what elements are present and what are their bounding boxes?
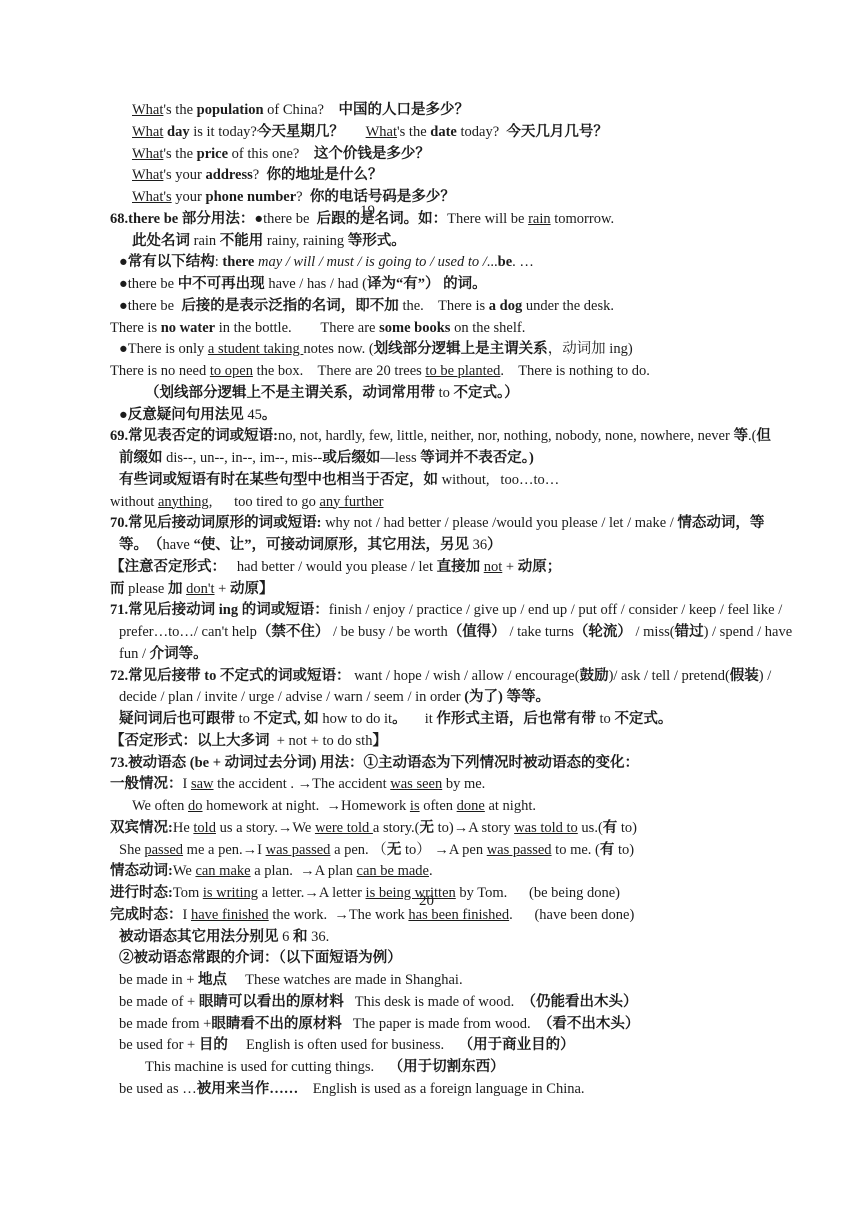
text-line: What day is it today?今天星期几？ What's the d…: [100, 122, 800, 144]
text-segment: had better / would you please / let: [237, 559, 437, 575]
text-segment: 72.常见后接带 to 不定式的词或短语：: [110, 668, 350, 684]
document-body: What's the population of China? 中国的人口是多少…: [100, 100, 800, 1101]
text-segment: 后跟的是名词。如：: [317, 211, 448, 227]
text-line: （划线部分逻辑上不是主谓关系，动词常用带 to 不定式。）: [100, 383, 800, 405]
text-segment: , too tired to go: [209, 494, 320, 510]
text-segment: There is: [110, 320, 161, 336]
text-segment: 's the: [163, 102, 196, 118]
text-segment: 有: [603, 820, 618, 836]
text-segment: 完成时态：: [110, 907, 183, 923]
text-segment: 等词并不表否定。): [420, 450, 534, 466]
text-segment: ●: [119, 254, 128, 270]
text-segment: [344, 124, 366, 140]
text-segment: me a pen.→I: [183, 842, 266, 858]
text-segment: 情态动词:: [110, 863, 173, 879]
text-segment: 此处名词: [132, 233, 194, 249]
text-segment: 。: [392, 711, 425, 727]
text-segment: be made from +: [119, 1016, 211, 1032]
text-segment: to)→A story: [434, 820, 514, 836]
text-segment: 今天几月几号？: [506, 124, 608, 140]
text-segment: no, not, hardly, few, little, neither, n…: [278, 428, 733, 444]
text-segment: / take turns: [509, 624, 573, 640]
text-segment: She: [119, 842, 144, 858]
text-segment: prefer…to…/ can't help: [119, 624, 257, 640]
text-segment: rain: [528, 211, 551, 227]
text-segment: What: [132, 167, 163, 183]
text-segment: may / will / must / is going to / used t…: [258, 254, 487, 270]
text-segment: a pen. （: [330, 842, 386, 858]
text-line: 进行时态:Tom is writing a letter.→A letter i…: [100, 883, 800, 905]
text-segment: / be busy / be worth: [333, 624, 448, 640]
text-segment: （用于商业目的）: [459, 1037, 575, 1053]
text-line: 疑问词后也可跟带 to 不定式, 如 how to do it。 it 作形式主…: [100, 709, 800, 731]
document-page: What's the population of China? 中国的人口是多少…: [0, 0, 860, 1216]
text-segment: decide / plan / invite / urge / advise /…: [119, 689, 464, 705]
text-segment: finish / enjoy / practice / give up / en…: [329, 602, 783, 618]
text-segment: 73.被动语态 (be + 动词过去分词) 用法：①主动语态为下列情况时被动语态…: [110, 755, 639, 771]
text-segment: 情态动词，等: [677, 515, 764, 531]
text-segment: be used for +: [119, 1037, 199, 1053]
text-segment: phone number: [206, 189, 297, 205]
text-segment: is it today?: [190, 124, 257, 140]
text-segment: some books: [379, 320, 450, 336]
text-segment: +: [215, 581, 230, 597]
text-segment: These watches are made in Shanghai.: [227, 972, 463, 988]
text-segment: 动原；: [518, 559, 562, 575]
text-segment: ...: [487, 254, 498, 270]
text-segment: 反意疑问句用法见: [128, 407, 248, 423]
text-segment: do: [188, 798, 203, 814]
text-segment: why not / had better / please /would you…: [321, 515, 677, 531]
text-segment: is writing: [203, 885, 258, 901]
text-line: 完成时态：I have finished the work. →The work…: [100, 905, 800, 927]
text-segment: to） →A pen: [401, 842, 486, 858]
text-segment: 和: [293, 929, 308, 945]
text-segment: 's the: [397, 124, 430, 140]
text-segment: （仍能看出木头）: [521, 994, 637, 1010]
text-segment: without: [110, 494, 158, 510]
text-segment: day: [167, 124, 190, 140]
text-segment: was passed: [266, 842, 331, 858]
text-segment: 有些词或短语有时在某些句型中也相当于否定，如: [119, 472, 442, 488]
text-line: 而 please 加 don't + 动原】: [100, 579, 800, 601]
text-line: ●there be 中不可再出现 have / has / had (译为“有”…: [100, 274, 800, 296]
text-segment: the.: [402, 298, 423, 314]
text-line: 【注意否定形式： had better / would you please /…: [100, 557, 800, 579]
text-segment: 不定式, 如: [254, 711, 323, 727]
text-line: What's the population of China? 中国的人口是多少…: [100, 100, 800, 122]
text-segment: ) /: [759, 668, 771, 684]
text-segment: 眼睛看不出的原材料: [211, 1016, 342, 1032]
text-segment: ) / spend / have: [704, 624, 793, 640]
text-segment: )/ ask / tell / pretend(: [609, 668, 730, 684]
text-segment: of China?: [264, 102, 339, 118]
text-segment: to open: [210, 363, 253, 379]
text-segment: . (have been done): [509, 907, 634, 923]
text-segment: be used as …: [119, 1081, 197, 1097]
text-segment: to: [439, 385, 454, 401]
text-segment: without, too…to…: [442, 472, 560, 488]
text-segment: 加: [168, 581, 186, 597]
text-segment: .: [429, 863, 433, 879]
text-line: 等。 （have “使、让”，可接动词原形，其它用法，另见 36）: [100, 535, 800, 557]
text-segment: 被用来当作……: [197, 1081, 299, 1097]
text-segment: 【注意否定形式：: [110, 559, 237, 575]
text-segment: 36.: [308, 929, 330, 945]
text-segment: English is used as a foreign language in…: [298, 1081, 584, 1097]
text-segment: （轮流）: [574, 624, 636, 640]
text-segment: fun /: [119, 646, 150, 662]
text-line: We often do homework at night. →Homework…: [100, 796, 800, 818]
text-line: 71.常见后接动词 ing 的词或短语：finish / enjoy / pra…: [100, 600, 800, 622]
text-segment: 不定式。）: [454, 385, 519, 401]
text-segment: 。: [262, 407, 277, 423]
page-number-overlay-20: 20: [419, 893, 434, 910]
text-segment: （看不出木头）: [538, 1016, 640, 1032]
text-segment: notes now. (: [303, 341, 373, 357]
text-line: What's your phone number? 你的电话号码是多少？: [100, 187, 800, 209]
text-segment: This machine is used for cutting things.: [145, 1059, 389, 1075]
text-segment: us.(: [578, 820, 603, 836]
text-segment: is being written: [366, 885, 456, 901]
text-line: ●There is only a student taking notes no…: [100, 339, 800, 361]
text-segment: 或后缀如: [322, 450, 380, 466]
text-line: 一般情况：I saw the accident . →The accident …: [100, 774, 800, 796]
text-segment: 动词加 ing): [562, 341, 632, 357]
text-segment: 错过: [675, 624, 704, 640]
text-segment: 鼓励: [580, 668, 609, 684]
text-segment: rain: [194, 233, 220, 249]
text-line: There is no water in the bottle. There a…: [100, 318, 800, 340]
text-segment: any further: [319, 494, 383, 510]
text-segment: the box. There are 20 trees: [253, 363, 425, 379]
text-segment: 45: [247, 407, 262, 423]
text-line: 68.there be 部分用法：●there be 后跟的是名词。如：Ther…: [100, 209, 800, 231]
text-segment: （值得）: [448, 624, 510, 640]
text-line: 70.常见后接动词原形的词或短语: why not / had better /…: [100, 513, 800, 535]
text-segment: how to do it: [322, 711, 392, 727]
text-segment: population: [197, 102, 264, 118]
text-segment: please: [128, 581, 168, 597]
text-segment: 介词等。: [150, 646, 208, 662]
text-segment: ）: [487, 537, 502, 553]
text-segment: ●There is only: [119, 341, 208, 357]
text-segment: there: [222, 254, 258, 270]
page-number-overlay-19: 19: [360, 203, 375, 220]
text-segment: tomorrow.: [551, 211, 615, 227]
text-segment: were told: [315, 820, 373, 836]
text-line: 此处名词 rain 不能用 rainy, raining 等形式。: [100, 231, 800, 253]
text-segment: 常有以下结构: [128, 254, 215, 270]
text-segment: 疑问词后也可跟带: [119, 711, 239, 727]
text-segment: the work. →The work: [269, 907, 409, 923]
text-segment: a dog: [489, 298, 522, 314]
text-segment: ●: [119, 407, 128, 423]
text-segment: 假装: [730, 668, 759, 684]
text-line: be used for + 目的 English is often used f…: [100, 1035, 800, 1057]
text-segment: price: [197, 146, 228, 162]
text-segment: to: [239, 711, 254, 727]
text-segment: This desk is made of wood.: [344, 994, 522, 1010]
text-segment: to): [614, 842, 634, 858]
text-segment: want / hope / wish / allow / encourage(: [350, 668, 579, 684]
text-segment: homework at night. →Homework: [203, 798, 410, 814]
text-segment: . There is nothing to do.: [500, 363, 650, 379]
text-segment: on the shelf.: [450, 320, 525, 336]
text-segment: today?: [457, 124, 507, 140]
text-segment: 无: [420, 820, 435, 836]
text-segment: have / has / had (: [268, 276, 367, 292]
text-line: 72.常见后接带 to 不定式的词或短语： want / hope / wish…: [100, 666, 800, 688]
text-segment: 不能用: [220, 233, 267, 249]
text-segment: 】: [372, 733, 387, 749]
text-segment: We often: [132, 798, 188, 814]
text-segment: is: [410, 798, 420, 814]
text-segment: We: [173, 863, 196, 879]
text-line: There is no need to open the box. There …: [100, 361, 800, 383]
text-segment: ●there be: [254, 211, 316, 227]
text-segment: 眼睛可以看出的原材料: [199, 994, 344, 1010]
text-segment: 中不可再出现: [178, 276, 269, 292]
text-line: ●反意疑问句用法见 45。: [100, 405, 800, 427]
text-line: be used as …被用来当作…… English is used as a…: [100, 1079, 800, 1101]
text-segment: 但: [756, 428, 771, 444]
text-line: without anything, too tired to go any fu…: [100, 492, 800, 514]
text-segment: 等: [733, 428, 748, 444]
text-segment: There will be: [447, 211, 528, 227]
text-line: be made from +眼睛看不出的原材料 The paper is mad…: [100, 1014, 800, 1036]
text-segment: What's: [132, 189, 172, 205]
text-segment: 直接加: [437, 559, 484, 575]
text-segment: What: [132, 146, 163, 162]
text-segment: 有: [600, 842, 615, 858]
text-line: ②被动语态常跟的介词：（以下面短语为例）: [100, 948, 800, 970]
text-segment: （划线部分逻辑上不是主谓关系，动词常用带: [145, 385, 439, 401]
text-segment: by me.: [442, 776, 485, 792]
text-segment: to be planted: [425, 363, 500, 379]
text-segment: 等。 （: [119, 537, 163, 553]
text-line: 73.被动语态 (be + 动词过去分词) 用法：①主动语态为下列情况时被动语态…: [100, 753, 800, 775]
text-segment: ?: [296, 189, 310, 205]
text-segment: 划线部分逻辑上是主谓关系: [374, 341, 548, 357]
text-segment: of this one?: [228, 146, 314, 162]
text-segment: was told to: [514, 820, 578, 836]
text-segment: us a story.→We: [216, 820, 315, 836]
text-line: be made of + 眼睛可以看出的原材料 This desk is mad…: [100, 992, 800, 1014]
text-segment: What: [132, 102, 163, 118]
text-segment: have finished: [191, 907, 269, 923]
text-segment: 译为“有”） 的词。: [367, 276, 487, 292]
text-segment: saw: [191, 776, 214, 792]
text-segment: not: [484, 559, 503, 575]
text-segment: 你的地址是什么？: [266, 167, 382, 183]
text-segment: a student taking: [208, 341, 303, 357]
text-segment: can be made: [357, 863, 429, 879]
text-segment: ，: [548, 341, 563, 357]
text-segment: be: [498, 254, 513, 270]
text-segment: 一般情况：: [110, 776, 183, 792]
text-segment: 动原】: [230, 581, 274, 597]
text-segment: a plan. →A plan: [251, 863, 357, 879]
text-line: 【否定形式：以上大多词 + not + to do sth】: [100, 731, 800, 753]
text-segment: He: [173, 820, 194, 836]
text-line: 69.常见表否定的词或短语:no, not, hardly, few, litt…: [100, 426, 800, 448]
text-segment: 今天星期几？: [257, 124, 344, 140]
text-segment: “使、让”，可接动词原形，其它用法，另见: [194, 537, 473, 553]
text-segment: 68.there be 部分用法：: [110, 211, 254, 227]
text-segment: 等形式。: [348, 233, 406, 249]
text-segment: ②被动语态常跟的介词：（以下面短语为例）: [119, 950, 402, 966]
text-segment: often: [420, 798, 457, 814]
text-line: 有些词或短语有时在某些句型中也相当于否定，如 without, too…to…: [100, 470, 800, 492]
text-segment: ●there be: [119, 298, 181, 314]
text-segment: passed: [144, 842, 183, 858]
text-segment: There is no need: [110, 363, 210, 379]
text-segment: 中国的人口是多少？: [338, 102, 469, 118]
text-segment: / miss(: [636, 624, 675, 640]
text-line: This machine is used for cutting things.…: [100, 1057, 800, 1079]
text-segment: was seen: [390, 776, 442, 792]
text-segment: What: [366, 124, 397, 140]
text-segment: （用于切割东西）: [389, 1059, 505, 1075]
text-segment: the accident . →The accident: [214, 776, 391, 792]
text-line: 被动语态其它用法分别见 6 和 36.: [100, 927, 800, 949]
text-segment: was passed: [487, 842, 552, 858]
text-segment: no water: [161, 320, 215, 336]
text-segment: at night.: [485, 798, 536, 814]
text-line: prefer…to…/ can't help（禁不住） / be busy / …: [100, 622, 800, 644]
text-segment: done: [457, 798, 485, 814]
text-segment: rainy, raining: [267, 233, 348, 249]
text-segment: 前缀如: [119, 450, 166, 466]
text-line: decide / plan / invite / urge / advise /…: [100, 687, 800, 709]
text-segment: 而: [110, 581, 128, 597]
text-segment: it: [425, 711, 437, 727]
text-segment: + not + to do sth: [273, 733, 372, 749]
text-segment: What: [132, 124, 163, 140]
text-segment: 36: [473, 537, 488, 553]
text-segment: （禁不住）: [257, 624, 333, 640]
text-segment: your: [172, 189, 206, 205]
text-segment: I: [183, 776, 191, 792]
text-segment: 地点: [198, 972, 227, 988]
text-segment: —less: [380, 450, 420, 466]
text-segment: to me. (: [552, 842, 600, 858]
text-segment: ?: [253, 167, 267, 183]
text-line: 双宾情况:He told us a story.→We were told a …: [100, 818, 800, 840]
text-segment: a letter.→A letter: [258, 885, 366, 901]
text-segment: anything: [158, 494, 209, 510]
text-segment: to): [617, 820, 637, 836]
text-segment: be made of +: [119, 994, 199, 1010]
text-segment: have: [163, 537, 194, 553]
text-segment: 不定式。: [614, 711, 672, 727]
text-line: fun / 介词等。: [100, 644, 800, 666]
text-segment: 71.常见后接动词 ing 的词或短语：: [110, 602, 329, 618]
text-segment: English is often used for business.: [228, 1037, 459, 1053]
text-segment: 作形式主语，后也常有带: [436, 711, 599, 727]
text-segment: 双宾情况:: [110, 820, 173, 836]
text-line: What's the price of this one? 这个价钱是多少？: [100, 144, 800, 166]
text-segment: dis--, un--, in--, im--, mis--: [166, 450, 322, 466]
text-segment: There is: [424, 298, 489, 314]
text-segment: (为了) 等等。: [464, 689, 550, 705]
text-segment: 's your: [163, 167, 205, 183]
text-segment: 进行时态:: [110, 885, 173, 901]
text-segment: under the desk.: [522, 298, 614, 314]
text-segment: 目的: [199, 1037, 228, 1053]
text-segment: 70.常见后接动词原形的词或短语:: [110, 515, 321, 531]
text-segment: Tom: [173, 885, 203, 901]
text-line: What's your address? 你的地址是什么？: [100, 165, 800, 187]
text-segment: a story.(: [373, 820, 420, 836]
text-segment: in the bottle. There are: [215, 320, 379, 336]
text-segment: 后接的是表示泛指的名词，即不加: [181, 298, 402, 314]
text-segment: can make: [195, 863, 250, 879]
text-segment: 69.常见表否定的词或短语:: [110, 428, 278, 444]
text-segment: ●there be: [119, 276, 178, 292]
text-segment: don't: [186, 581, 214, 597]
text-line: She passed me a pen.→I was passed a pen.…: [100, 840, 800, 862]
text-segment: 这个价钱是多少？: [314, 146, 430, 162]
text-segment: 被动语态其它用法分别见: [119, 929, 282, 945]
text-line: ●there be 后接的是表示泛指的名词，即不加 the. There is …: [100, 296, 800, 318]
text-segment: 's the: [163, 146, 196, 162]
text-segment: address: [206, 167, 253, 183]
text-line: ●常有以下结构: there may / will / must / is go…: [100, 252, 800, 274]
text-segment: The paper is made from wood.: [342, 1016, 538, 1032]
text-segment: be made in +: [119, 972, 198, 988]
text-segment: 无: [387, 842, 402, 858]
text-segment: 你的电话号码是多少？: [310, 189, 455, 205]
text-line: 前缀如 dis--, un--, in--, im--, mis--或后缀如—l…: [100, 448, 800, 470]
text-segment: 6: [282, 929, 293, 945]
text-segment: 【否定形式：以上大多词: [110, 733, 273, 749]
text-segment: by Tom. (be being done): [456, 885, 620, 901]
text-line: be made in + 地点 These watches are made i…: [100, 970, 800, 992]
text-segment: to: [600, 711, 615, 727]
text-segment: told: [193, 820, 216, 836]
text-segment: date: [430, 124, 457, 140]
text-segment: . …: [512, 254, 534, 270]
text-line: 情态动词:We can make a plan. →A plan can be …: [100, 861, 800, 883]
text-segment: +: [502, 559, 517, 575]
text-segment: I: [183, 907, 191, 923]
